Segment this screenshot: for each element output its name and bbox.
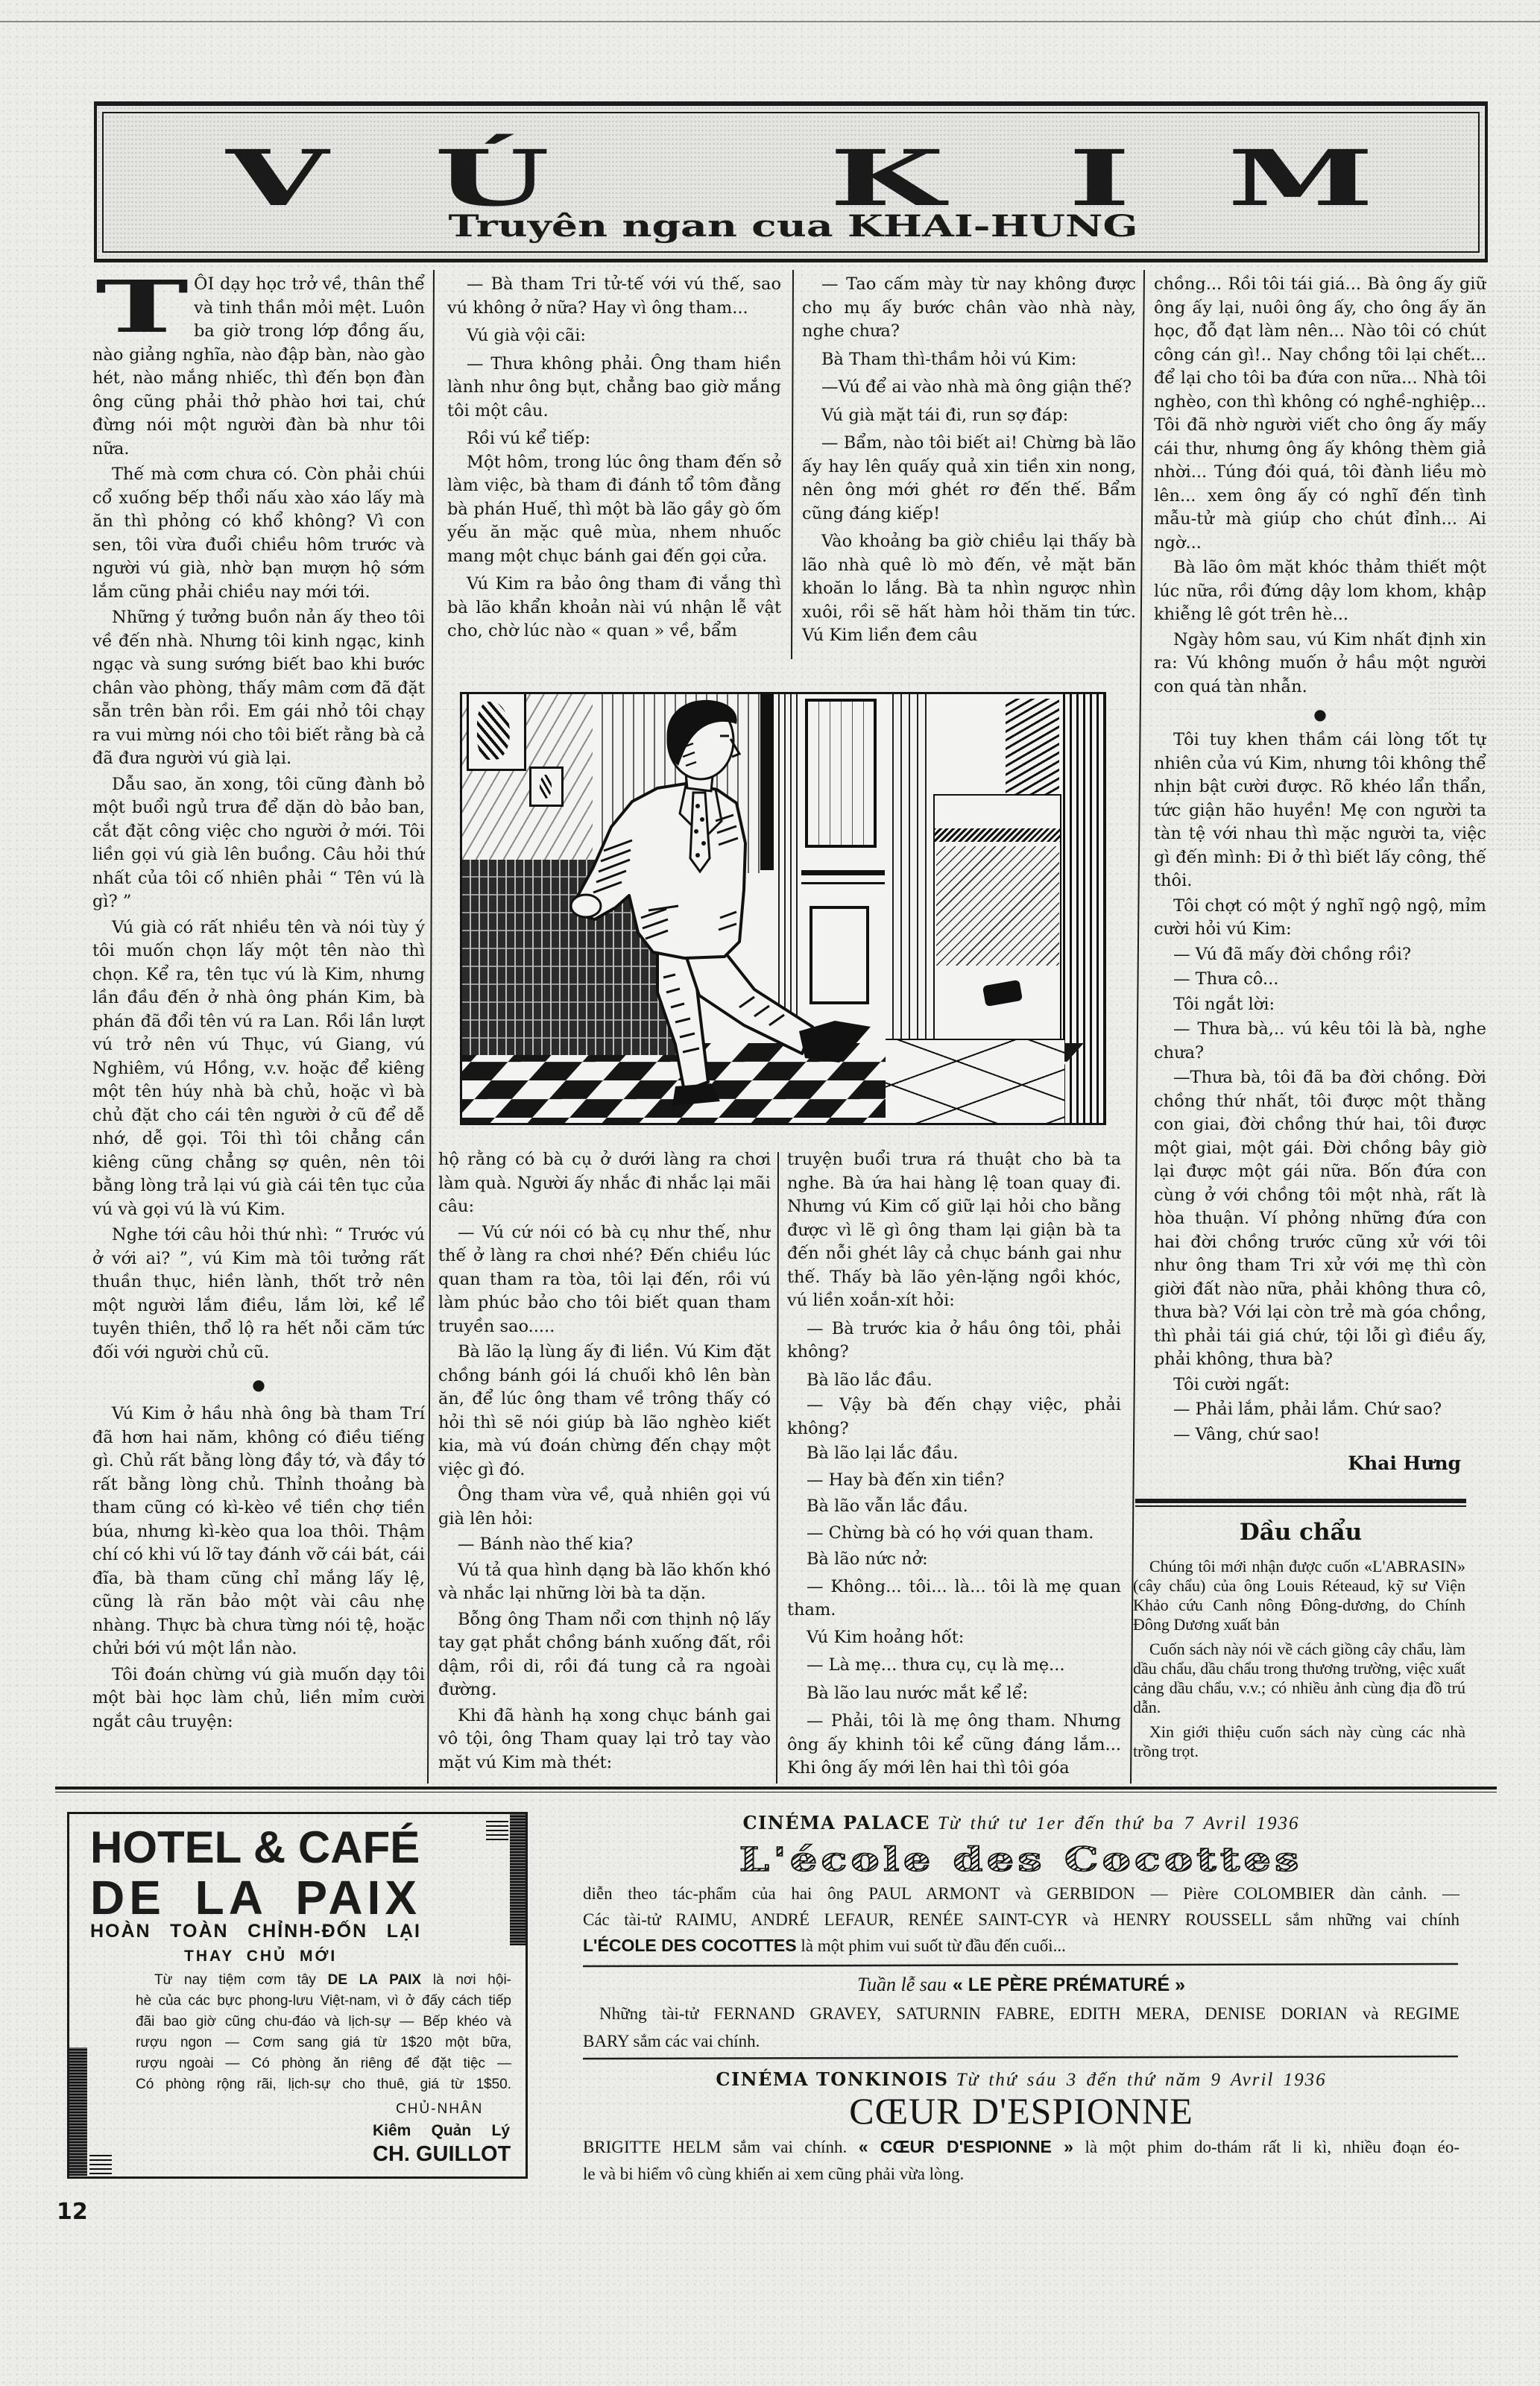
notice-rule (1135, 1499, 1466, 1503)
story-paragraph: Vào khoảng ba giờ chiều lại thấy bà lão … (802, 530, 1136, 648)
story-paragraph: TÔI dạy học trở về, thân thể và tinh thầ… (92, 273, 425, 461)
film-title-text: L'école des Cocottes (739, 1842, 1303, 1879)
story-paragraph: Tôi đoán chừng vú già muốn dạy tôi một b… (92, 1663, 425, 1734)
story-column-2-top: — Bà tham Tri tử-tế với vú thế, sao vú k… (447, 273, 781, 687)
story-paragraph: Tôi chợt có một ý nghĩ ngộ ngộ, mỉm cười… (1154, 895, 1486, 942)
film-description-line: le và bi hiểm vô cùng khiến ai xem cũng … (583, 2161, 1459, 2188)
story-column-4: chồng... Rồi tôi tái giá... Bà ông ấy gi… (1154, 273, 1486, 1496)
bullet-ornament-icon: ● (252, 1377, 265, 1392)
page-section-rule-thin (55, 1792, 1497, 1792)
hotel-description-line: hè của các bực phong-lưu Việt-nam, vì ở … (136, 1991, 511, 2012)
film-title-inline: L'ÉCOLE DES COCOTTES (583, 1936, 797, 1955)
cinema-tonkinois-header: CINÉMA TONKINOISTừ thứ sáu 3 đến thứ năm… (583, 2068, 1459, 2091)
hotel-headline: HOTEL & CAFÉ (90, 1825, 420, 1870)
film-description-line: BRIGITTE HELM sắm vai chính. « CŒUR D'ES… (583, 2133, 1459, 2161)
decorative-lines (486, 1819, 508, 1840)
film-description-line: Các tài-tử RAIMU, ANDRÉ LEFAUR, RENÉE SA… (583, 1907, 1459, 1933)
hotel-description-line: Từ nay tiệm cơm tây DE LA PAIX là nơi hộ… (136, 1970, 511, 1991)
story-paragraph: Vú Kim hoảng hốt: (787, 1626, 1121, 1650)
notice-title: Dầu chẩu (1133, 1517, 1468, 1548)
story-paragraph: — Hay bà đến xin tiền? (787, 1469, 1121, 1493)
section-break: ● (1154, 700, 1486, 728)
story-paragraph: Tôi cười ngất: (1154, 1373, 1486, 1397)
decorative-bar (69, 2047, 87, 2176)
story-column-1: TÔI dạy học trở về, thân thể và tinh thầ… (92, 273, 425, 1785)
next-week-film: « LE PÈRE PRÉMATURÉ » (953, 1974, 1185, 1995)
story-paragraph: — Thưa không phải. Ông tham hiền lành nh… (447, 353, 781, 424)
cast-line: BARY sắm các vai chính. (583, 2027, 1459, 2055)
film-title: CŒUR D'ESPIONNE (583, 2090, 1459, 2132)
owner-label: CHỦ-NHÂN (396, 2100, 482, 2118)
hotel-name-headline: DE LA PAIX (90, 1874, 421, 1921)
story-paragraph: — Tao cấm mày từ nay không được cho mụ ấ… (802, 273, 1136, 344)
story-paragraph: — Vậy bà đến chạy việc, phải không? (787, 1394, 1121, 1441)
story-paragraph: Bà lão lạ lùng ấy đi liền. Vú Kim đặt ch… (438, 1341, 771, 1482)
story-paragraph: Bà lão lại lắc đầu. (787, 1442, 1121, 1466)
story-paragraph: Bỗng ông Tham nổi cơn thịnh nộ lấy tay g… (438, 1608, 771, 1702)
text: BRIGITTE HELM sắm vai chính. (583, 2138, 847, 2156)
story-paragraph: hộ rằng có bà cụ ở dưới làng ra chơi làm… (438, 1148, 771, 1219)
story-paragraph: Tôi tuy khen thầm cái lòng tốt tự nhiên … (1154, 728, 1486, 893)
owner-name: CH. GUILLOT (373, 2141, 514, 2167)
story-paragraph: — Không... tôi... là... tôi là mẹ quan t… (787, 1576, 1121, 1622)
story-paragraph: Vú Kim ra bảo ông tham đi vắng thì bà lã… (447, 573, 781, 643)
story-illustration (460, 692, 1106, 1125)
story-paragraph: Thế mà cơm chưa có. Còn phải chúi cổ xuố… (92, 463, 425, 604)
manager-label: Kiêm Quản Lý (373, 2121, 510, 2141)
film-description: BRIGITTE HELM sắm vai chính. « CŒUR D'ES… (583, 2133, 1459, 2188)
story-paragraph: Vú Kim ở hầu nhà ông bà tham Trí đã hơn … (92, 1403, 425, 1661)
hotel-description-line: đãi bao giờ cũng chu-đáo và lịch-sự — Bế… (136, 2012, 511, 2033)
notice-body: Chúng tôi mới nhận được cuốn «L'ABRASIN»… (1133, 1557, 1465, 1766)
story-column-3-top: — Tao cấm mày từ nay không được cho mụ ấ… (802, 273, 1136, 687)
hotel-new-owner-line: THAY CHỦ MỚI (184, 1947, 337, 1966)
notice-paragraph: Chúng tôi mới nhận được cuốn «L'ABRASIN»… (1133, 1557, 1465, 1634)
newspaper-page: V Ú K I M Truyên ngan cua KHAI-HUNG TÔI … (0, 0, 1540, 2386)
story-paragraph: Vú già vội cãi: (447, 324, 781, 348)
hotel-description-line: Có phòng rộng rãi, lịch-sự cho thuê, giá… (136, 2074, 511, 2095)
story-paragraph: Bà lão ôm mặt khóc thảm thiết một lúc nữ… (1154, 556, 1486, 627)
text: là một phim vui suốt từ đầu đến cuối... (801, 1936, 1066, 1955)
story-paragraph: Rồi vú kể tiếp: (447, 427, 781, 451)
story-paragraph: Vú già mặt tái đi, run sợ đáp: (802, 404, 1136, 428)
story-paragraph: — Bánh nào thế kia? (438, 1533, 771, 1557)
notice-paragraph: Cuốn sách này nói về cách giồng cây chẩu… (1133, 1640, 1465, 1717)
story-paragraph: — Phải, tôi là mẹ ông tham. Nhưng ông ấy… (787, 1710, 1121, 1781)
story-column-2-bottom: hộ rằng có bà cụ ở dưới làng ra chơi làm… (438, 1148, 771, 1787)
text: là nơi hội- (433, 1972, 511, 1988)
walking-man-figure (462, 694, 1106, 1125)
story-paragraph: Ngày hôm sau, vú Kim nhất định xin ra: V… (1154, 629, 1486, 699)
film-description-line: diễn theo tác-phẩm của hai ông PAUL ARMO… (583, 1880, 1459, 1907)
story-paragraph: chồng... Rồi tôi tái giá... Bà ông ấy gi… (1154, 273, 1486, 555)
story-paragraph: Bà Tham thì-thầm hỏi vú Kim: (802, 348, 1136, 372)
decorative-bar (510, 1814, 526, 1945)
drop-cap-letter: T (95, 273, 189, 343)
author-signature: Khai Hưng (1154, 1451, 1486, 1476)
story-paragraph: — Thưa cô... (1154, 968, 1486, 992)
story-paragraph: Khi đã hành hạ xong chục bánh gai vô tội… (438, 1704, 771, 1775)
hotel-description: Từ nay tiệm cơm tây DE LA PAIX là nơi hộ… (136, 1970, 511, 2095)
story-paragraph: Vú tả qua hình dạng bà lão khốn khó và n… (438, 1559, 771, 1606)
decorative-lines (89, 2153, 112, 2174)
story-paragraph: Tôi ngắt lời: (1154, 993, 1486, 1017)
page-section-rule (55, 1787, 1497, 1789)
story-paragraph: — Bẩm, nào tôi biết ai! Chừng bà lão ấy … (802, 432, 1136, 526)
story-paragraph: — Thưa bà,.. vú kêu tôi là bà, nghe chưa… (1154, 1018, 1486, 1065)
story-paragraph: — Vâng, chứ sao! (1154, 1423, 1486, 1447)
story-paragraph: — Vú cứ nói có bà cụ như thế, như thế ở … (438, 1221, 771, 1339)
screening-dates: Từ thứ sáu 3 đến thứ năm 9 Avril 1936 (956, 2070, 1327, 2090)
story-paragraph: — Chừng bà có họ với quan tham. (787, 1522, 1121, 1546)
film-description: diễn theo tác-phẩm của hai ông PAUL ARMO… (583, 1880, 1459, 1959)
film-title-inline: « CŒUR D'ESPIONNE » (859, 2137, 1073, 2156)
story-paragraph: Nghe tới câu hỏi thứ nhì: “ Trước vú ở v… (92, 1224, 425, 1364)
cinema-name: CINÉMA TONKINOIS (716, 2068, 948, 2090)
film-title: L'école des Cocottes (583, 1842, 1459, 1879)
next-week-cast: Những tài-tử FERNAND GRAVEY, SATURNIN FA… (583, 2000, 1459, 2055)
story-paragraph: Những ý tưởng buồn nản ấy theo tôi về đế… (92, 606, 425, 771)
story-paragraph: —Vú để ai vào nhà mà ông giận thế? (802, 376, 1136, 400)
hotel-renovation-line: HOÀN TOÀN CHỈNH-ĐỐN LẠI (90, 1920, 421, 1942)
story-paragraph: Bà lão vẫn lắc đầu. (787, 1495, 1121, 1519)
story-paragraph: — Bà trước kia ở hầu ông tôi, phải không… (787, 1318, 1121, 1364)
story-paragraph: Vú già có rất nhiều tên và nói tùy ý tôi… (92, 916, 425, 1222)
text: Từ nay tiệm cơm tây (154, 1972, 316, 1988)
hotel-description-line: rượu ngoài — Có phòng ăn riêng để đặt ti… (136, 2053, 511, 2074)
story-paragraph: Bà lão lắc đầu. (787, 1369, 1121, 1393)
drop-cap: T (92, 274, 188, 341)
story-paragraph: Một hôm, trong lúc ông tham đến sở làm v… (447, 451, 781, 569)
section-break: ● (92, 1367, 425, 1403)
screening-dates: Từ thứ tư 1er đến thứ ba 7 Avril 1936 (938, 1813, 1300, 1833)
story-paragraph: truyện buổi trưa rá thuật cho bà ta nghe… (787, 1148, 1121, 1313)
story-column-3-bottom: truyện buổi trưa rá thuật cho bà ta nghe… (787, 1148, 1121, 1787)
bullet-ornament-icon: ● (1313, 707, 1326, 722)
hotel-description-line: rượu ngon — Cơm sang giá từ 1$20 một bữa… (136, 2033, 511, 2053)
story-paragraph: —Thưa bà, tôi đã ba đời chồng. Đời chồng… (1154, 1066, 1486, 1372)
story-paragraph: Dẫu sao, ăn xong, tôi cũng đành bỏ một b… (92, 773, 425, 914)
cinema-palace-header: CINÉMA PALACETừ thứ tư 1er đến thứ ba 7 … (583, 1812, 1459, 1835)
film-description-line: L'ÉCOLE DES COCOTTES là một phim vui suố… (583, 1933, 1459, 1959)
next-week-heading: Tuần lễ sau« LE PÈRE PRÉMATURÉ » (583, 1971, 1459, 1998)
story-paragraph: — Là mẹ... thưa cụ, cụ là mẹ... (787, 1654, 1121, 1678)
next-week-label: Tuần lễ sau (857, 1974, 947, 1995)
story-paragraph: Bà lão nức nở: (787, 1548, 1121, 1572)
story-paragraph: Bà lão lau nước mắt kể lể: (787, 1682, 1121, 1706)
hotel-name-inline: DE LA PAIX (328, 1972, 421, 1988)
cinema-name: CINÉMA PALACE (742, 1812, 930, 1833)
cast-line: Những tài-tử FERNAND GRAVEY, SATURNIN FA… (583, 2000, 1459, 2027)
notice-rule-thin (1135, 1505, 1466, 1507)
story-paragraph: — Phải lắm, phải lắm. Chứ sao? (1154, 1398, 1486, 1422)
text: là một phim do-thám rất li kì, nhiều đoạ… (1085, 2138, 1459, 2156)
notice-paragraph: Xin giới thiệu cuốn sách này cùng các nh… (1133, 1722, 1465, 1761)
story-paragraph: — Bà tham Tri tử-tế với vú thế, sao vú k… (447, 273, 781, 320)
story-paragraph: — Vú đã mấy đời chồng rồi? (1154, 943, 1486, 967)
story-paragraph: Ông tham vừa về, quả nhiên gọi vú già lê… (438, 1484, 771, 1531)
page-number: 12 (57, 2200, 88, 2225)
